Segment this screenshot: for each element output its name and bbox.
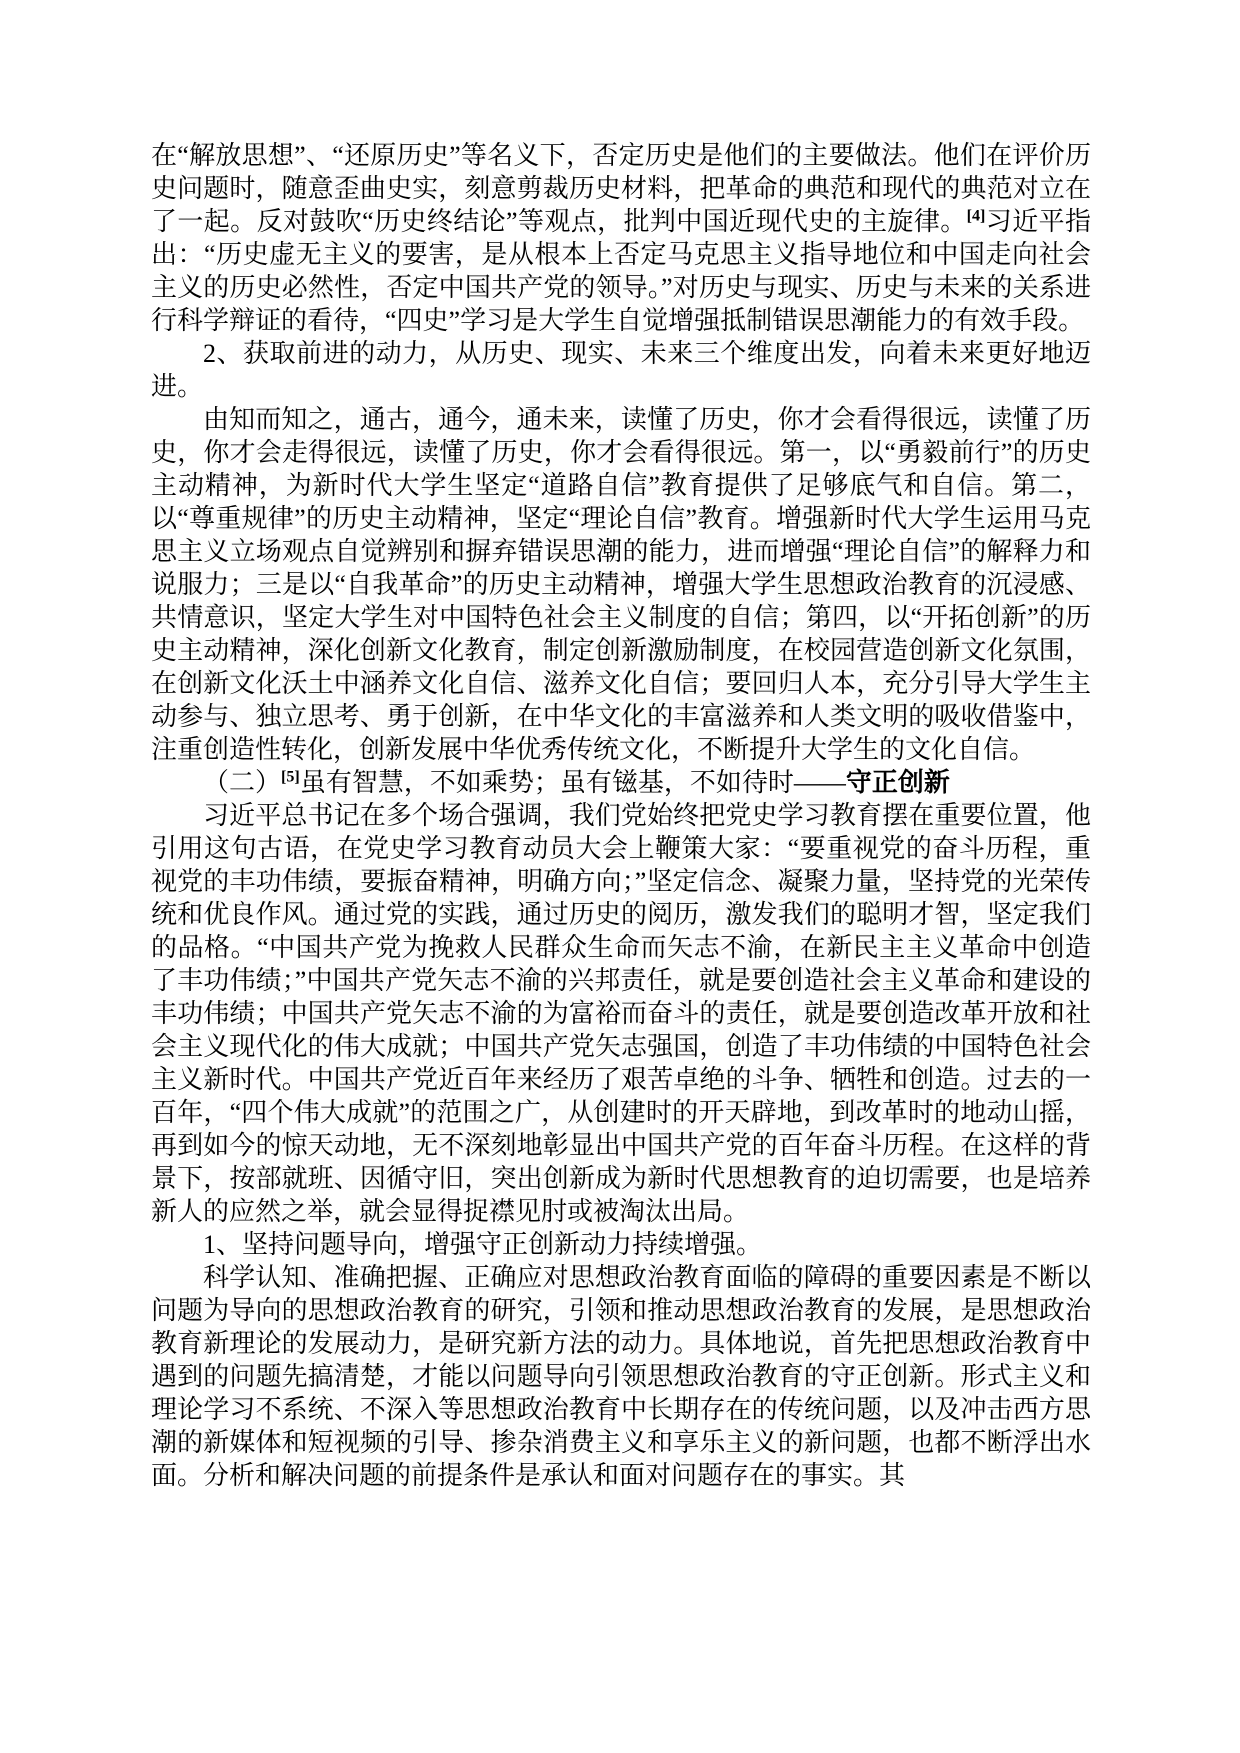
footnote-marker: [5] (281, 768, 300, 785)
bold-text: 守正创新 (846, 768, 950, 797)
body-text: 1、坚持问题导向，增强守正创新动力持续增强。 (203, 1230, 762, 1259)
paragraph-3: 由知而知之，通古，通今，通未来，读懂了历史，你才会看得很远，读懂了历史，你才会走… (151, 403, 1091, 766)
paragraph-2: 2、获取前进的动力，从历史、现实、未来三个维度出发，向着未来更好地迈进。 (151, 337, 1091, 403)
paragraph-7: 科学认知、准确把握、正确应对思想政治教育面临的障碍的重要因素是不断以问题为导向的… (151, 1261, 1091, 1492)
paragraph-5: 习近平总书记在多个场合强调，我们党始终把党史学习教育摆在重要位置，他引用这句古语… (151, 799, 1091, 1228)
body-text: 2、获取前进的动力，从历史、现实、未来三个维度出发，向着未来更好地迈进。 (151, 339, 1091, 401)
body-text: 虽有智慧，不如乘势；虽有镃基，不如待时—— (300, 768, 846, 797)
body-text: （二） (203, 768, 281, 797)
footnote-marker: [4] (967, 207, 986, 224)
body-text: 在“解放思想”、“还原历史”等名义下，否定历史是他们的主要做法。他们在评价历史问… (151, 141, 1091, 236)
body-text: 由知而知之，通古，通今，通未来，读懂了历史，你才会看得很远，读懂了历史，你才会走… (151, 405, 1091, 764)
paragraph-6: 1、坚持问题导向，增强守正创新动力持续增强。 (151, 1228, 1091, 1261)
document-text-block: 在“解放思想”、“还原历史”等名义下，否定历史是他们的主要做法。他们在评价历史问… (151, 139, 1091, 1492)
body-text: 科学认知、准确把握、正确应对思想政治教育面临的障碍的重要因素是不断以问题为导向的… (151, 1263, 1091, 1490)
body-text: 习近平总书记在多个场合强调，我们党始终把党史学习教育摆在重要位置，他引用这句古语… (151, 801, 1091, 1226)
paragraph-4: （二）[5]虽有智慧，不如乘势；虽有镃基，不如待时——守正创新 (151, 766, 1091, 799)
document-page: 在“解放思想”、“还原历史”等名义下，否定历史是他们的主要做法。他们在评价历史问… (0, 0, 1240, 1753)
paragraph-1: 在“解放思想”、“还原历史”等名义下，否定历史是他们的主要做法。他们在评价历史问… (151, 139, 1091, 337)
